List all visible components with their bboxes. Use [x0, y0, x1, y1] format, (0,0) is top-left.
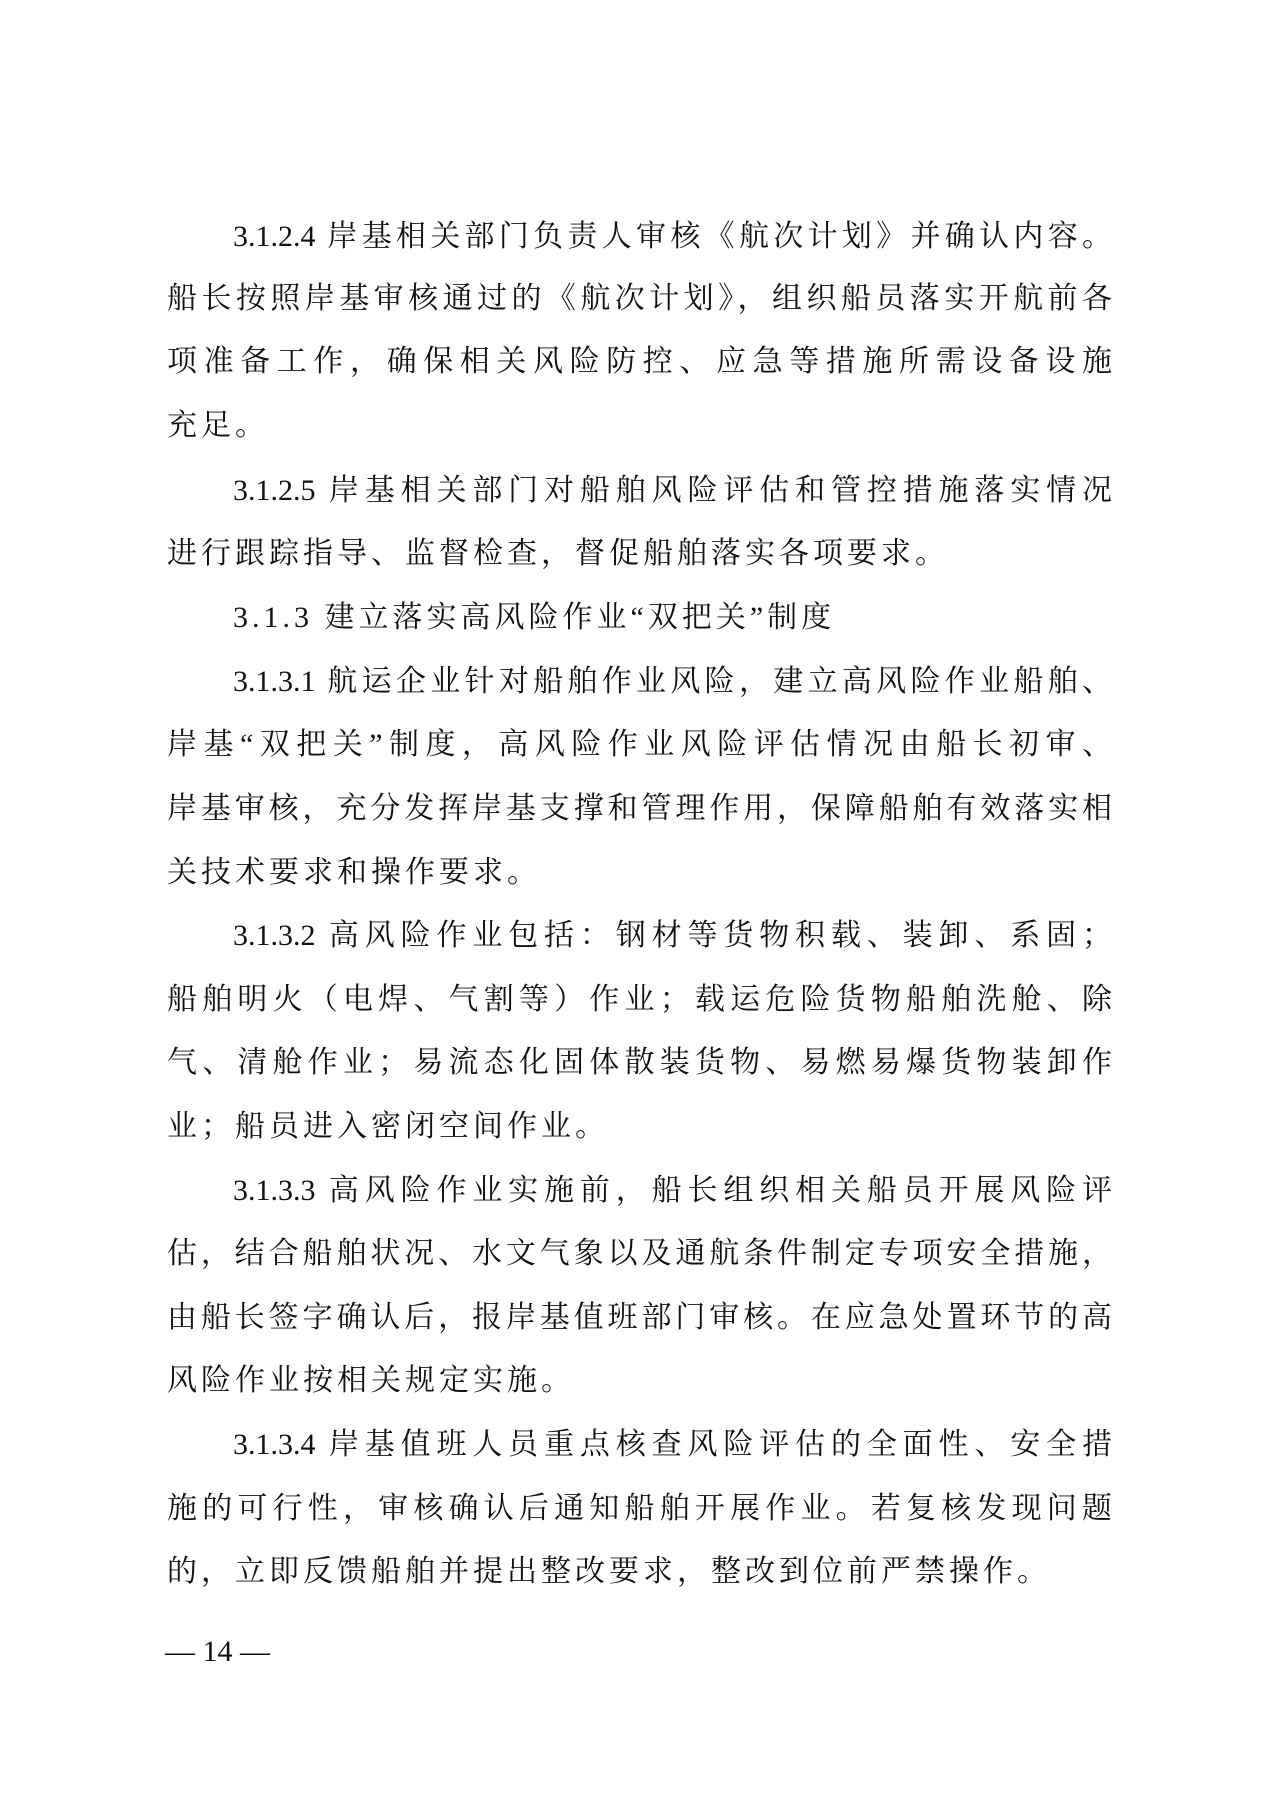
- paragraph-line: 估，结合船舶状况、水文气象以及通航条件制定专项安全措施，: [167, 1232, 1112, 1276]
- paragraph-line: 3.1.3.3 高风险作业实施前，船长组织相关船员开展风险评: [233, 1169, 1112, 1213]
- paragraph-line: 岸基“双把关”制度，高风险作业风险评估情况由船长初审、: [167, 723, 1112, 767]
- paragraph-line: 3.1.2.5 岸基相关部门对船舶风险评估和管控措施落实情况: [233, 469, 1112, 513]
- paragraph-line: 3.1.2.4 岸基相关部门负责人审核《航次计划》并确认内容。: [233, 215, 1112, 259]
- paragraph-line: 气、清舱作业；易流态化固体散装货物、易燃易爆货物装卸作: [167, 1041, 1112, 1085]
- paragraph-line: 3.1.3.4 岸基值班人员重点核查风险评估的全面性、安全措: [233, 1423, 1112, 1467]
- document-page: 3.1.2.4 岸基相关部门负责人审核《航次计划》并确认内容。 船长按照岸基审核…: [0, 0, 1280, 1810]
- paragraph-line: 船舶明火（电焊、气割等）作业；载运危险货物船舶洗舱、除: [167, 978, 1112, 1022]
- paragraph-line: 船长按照岸基审核通过的《航次计划》，组织船员落实开航前各: [167, 277, 1112, 321]
- paragraph-line: 3.1.3.2 高风险作业包括：钢材等货物积载、装卸、系固；: [233, 914, 1112, 958]
- paragraph-line: 岸基审核，充分发挥岸基支撑和管理作用，保障船舶有效落实相: [167, 787, 1112, 831]
- section-heading-line: 3.1.3 建立落实高风险作业“双把关”制度: [233, 596, 1112, 640]
- page-number: — 14 —: [165, 1634, 270, 1670]
- paragraph-line: 项准备工作，确保相关风险防控、应急等措施所需设备设施: [167, 340, 1112, 384]
- paragraph-line: 业；船员进入密闭空间作业。: [167, 1105, 1112, 1149]
- paragraph-line: 进行跟踪指导、监督检查，督促船舶落实各项要求。: [167, 532, 1112, 576]
- paragraph-line: 关技术要求和操作要求。: [167, 851, 1112, 895]
- paragraph-line: 的，立即反馈船舶并提出整改要求，整改到位前严禁操作。: [167, 1550, 1112, 1594]
- paragraph-line: 充足。: [167, 404, 1112, 448]
- paragraph-line: 3.1.3.1 航运企业针对船舶作业风险，建立高风险作业船舶、: [233, 660, 1112, 704]
- paragraph-line: 风险作业按相关规定实施。: [167, 1359, 1112, 1403]
- paragraph-line: 施的可行性，审核确认后通知船舶开展作业。若复核发现问题: [167, 1487, 1112, 1531]
- paragraph-line: 由船长签字确认后，报岸基值班部门审核。在应急处置环节的高: [167, 1296, 1112, 1340]
